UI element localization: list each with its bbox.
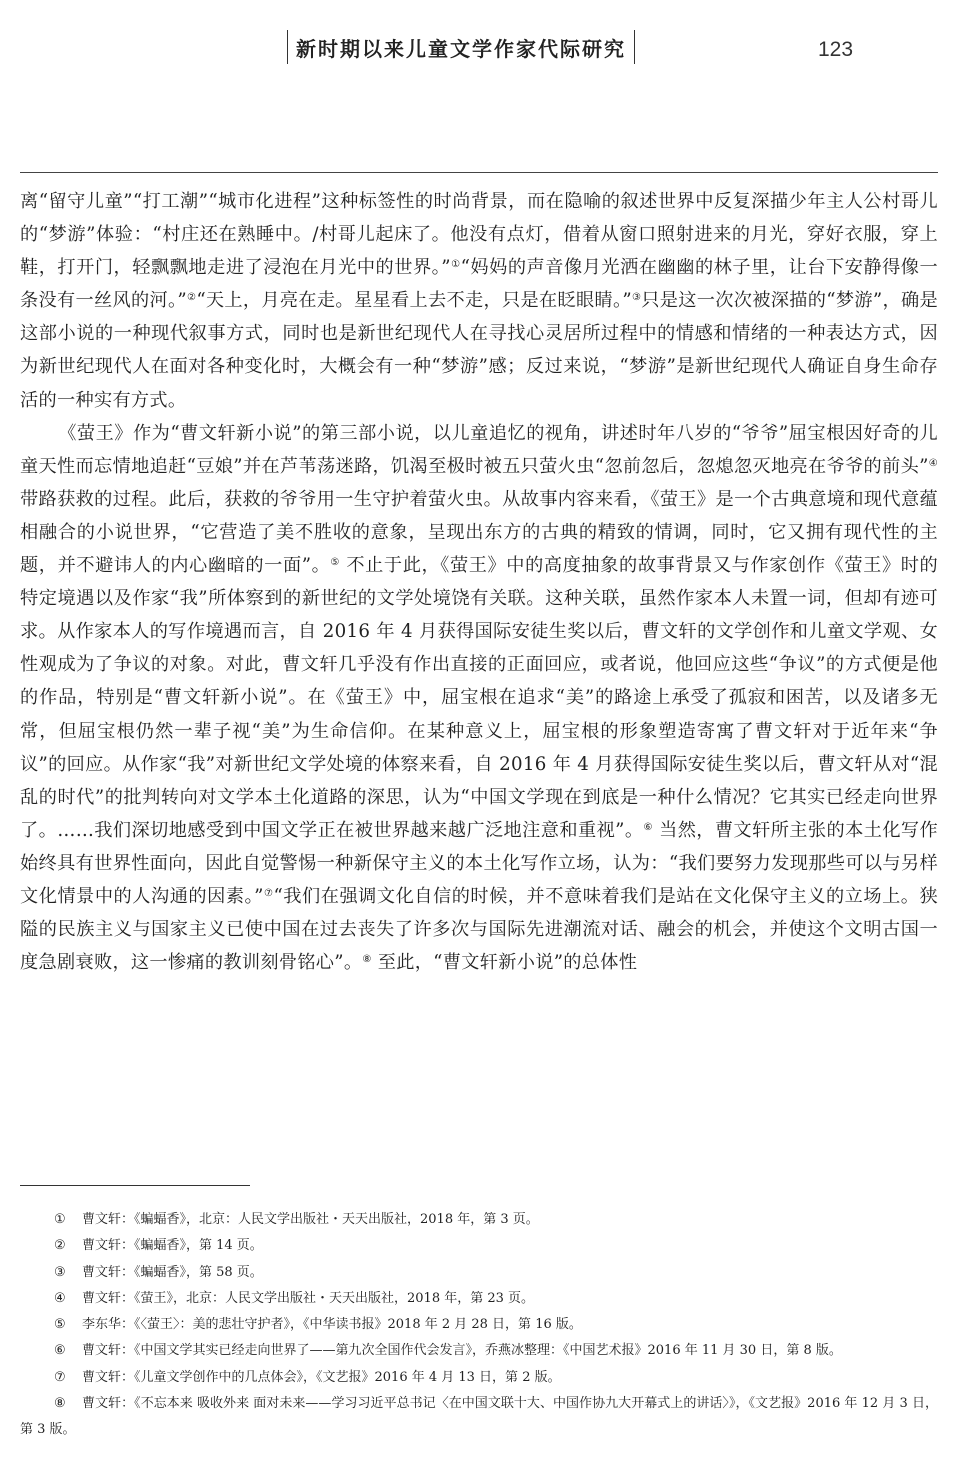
footnote-text: 曹文轩：《蝙蝠香》，第 14 页。	[82, 1238, 263, 1253]
header-rule	[20, 172, 938, 173]
footnote-text: 曹文轩：《萤王》，北京：人民文学出版社・天天出版社，2018 年，第 23 页。	[82, 1291, 534, 1306]
footnote-ref[interactable]: ⑥	[644, 822, 653, 833]
footnotes: ①曹文轩：《蝙蝠香》，北京：人民文学出版社・天天出版社，2018 年，第 3 页…	[20, 1207, 938, 1444]
page-number: 123	[818, 38, 853, 62]
body-paragraph: 离“留守儿童”“打工潮”“城市化进程”这种标签性的时尚背景，而在隐喻的叙述世界中…	[20, 185, 938, 417]
footnote-text: 曹文轩：《儿童文学创作中的几点体会》，《文艺报》2016 年 4 月 13 日，…	[82, 1370, 561, 1385]
body-text-segment: 至此，“曹文轩新小说”的总体性	[372, 952, 638, 973]
footnote-ref[interactable]: ③	[632, 292, 641, 303]
footnote-rule	[20, 1185, 250, 1186]
body-text-segment: “天上，月亮在走。星星看上去不走，只是在眨眼睛。”	[196, 290, 632, 311]
footnote-number: ⑤	[54, 1312, 82, 1338]
footnote-text: 曹文轩：《中国文学其实已经走向世界了——第九次全国作代会发言》，乔燕冰整理：《中…	[82, 1343, 842, 1358]
running-head: 新时期以来儿童文学作家代际研究	[287, 30, 635, 64]
footnote-item: ⑧曹文轩：《不忘本来 吸收外来 面对未来——学习习近平总书记〈在中国文联十大、中…	[20, 1391, 938, 1444]
footnote-ref[interactable]: ①	[451, 259, 461, 270]
footnote-item: ⑦曹文轩：《儿童文学创作中的几点体会》，《文艺报》2016 年 4 月 13 日…	[20, 1365, 938, 1391]
body-text: 离“留守儿童”“打工潮”“城市化进程”这种标签性的时尚背景，而在隐喻的叙述世界中…	[20, 185, 938, 979]
footnote-item: ②曹文轩：《蝙蝠香》，第 14 页。	[20, 1233, 938, 1259]
footnote-ref[interactable]: ④	[929, 458, 938, 469]
footnote-item: ①曹文轩：《蝙蝠香》，北京：人民文学出版社・天天出版社，2018 年，第 3 页…	[20, 1207, 938, 1233]
footnote-item: ⑤李东华：《〈萤王〉：美的悲壮守护者》，《中华读书报》2018 年 2 月 28…	[20, 1312, 938, 1338]
footnote-text: 曹文轩：《不忘本来 吸收外来 面对未来——学习习近平总书记〈在中国文联十大、中国…	[20, 1396, 938, 1437]
footnote-number: ①	[54, 1207, 82, 1233]
footnote-number: ⑦	[54, 1365, 82, 1391]
footnote-item: ⑥曹文轩：《中国文学其实已经走向世界了——第九次全国作代会发言》，乔燕冰整理：《…	[20, 1338, 938, 1364]
footnote-text: 曹文轩：《蝙蝠香》，北京：人民文学出版社・天天出版社，2018 年，第 3 页。	[82, 1212, 539, 1227]
footnote-ref[interactable]: ⑧	[362, 954, 371, 965]
footnote-number: ④	[54, 1286, 82, 1312]
running-title: 新时期以来儿童文学作家代际研究	[296, 33, 626, 62]
footnote-item: ③曹文轩：《蝙蝠香》，第 58 页。	[20, 1260, 938, 1286]
footnote-number: ③	[54, 1260, 82, 1286]
footnote-text: 李东华：《〈萤王〉：美的悲壮守护者》，《中华读书报》2018 年 2 月 28 …	[82, 1317, 582, 1332]
footnote-item: ④曹文轩：《萤王》，北京：人民文学出版社・天天出版社，2018 年，第 23 页…	[20, 1286, 938, 1312]
body-text-segment: 不止于此，《萤王》中的高度抽象的故事背景又与作家创作《萤王》时的特定境遇以及作家…	[20, 555, 938, 841]
footnote-number: ②	[54, 1233, 82, 1259]
footnote-ref[interactable]: ⑤	[330, 557, 340, 568]
body-text-segment: 《萤王》作为“曹文轩新小说”的第三部小说，以儿童追忆的视角，讲述时年八岁的“爷爷…	[20, 423, 938, 477]
body-paragraph: 《萤王》作为“曹文轩新小说”的第三部小说，以儿童追忆的视角，讲述时年八岁的“爷爷…	[20, 417, 938, 980]
footnote-number: ⑧	[54, 1391, 82, 1417]
footnote-text: 曹文轩：《蝙蝠香》，第 58 页。	[82, 1265, 263, 1280]
footnote-ref[interactable]: ②	[187, 292, 196, 303]
footnote-number: ⑥	[54, 1338, 82, 1364]
